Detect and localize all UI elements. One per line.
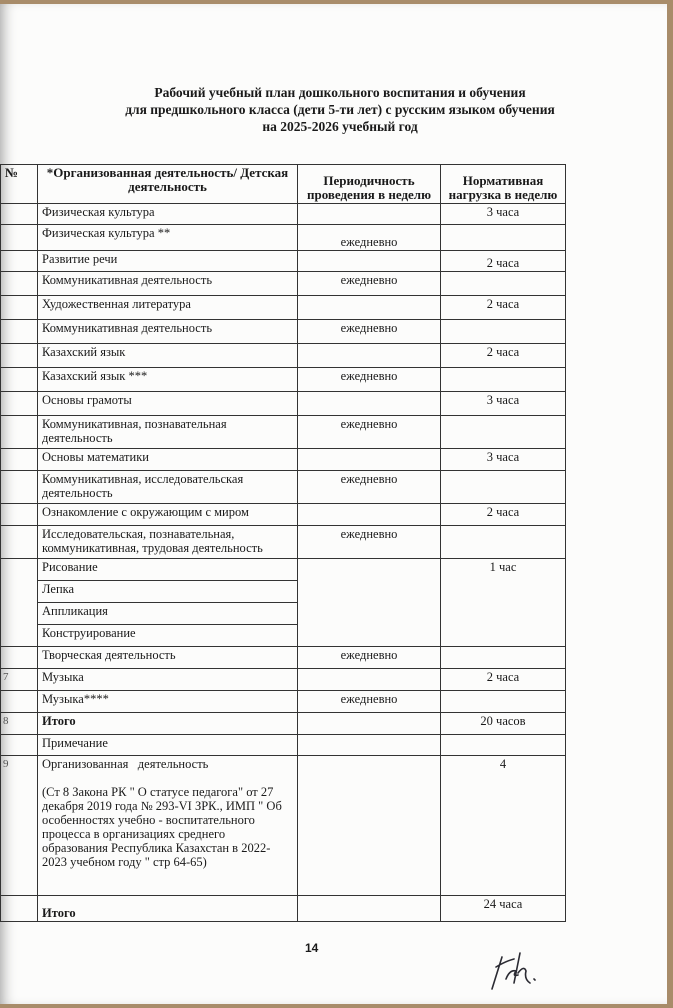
row-frequency [298, 344, 441, 368]
document-page: Рабочий учебный план дошкольного воспита… [0, 4, 667, 1004]
row-frequency: ежедневно [298, 368, 441, 392]
table-row: Развитие речи2 часа [1, 251, 566, 272]
table-row: Исследовательская, познавательная, комму… [1, 526, 566, 559]
row-activity: Основы грамоты [38, 392, 298, 416]
org-activity-row: 9 Организованная деятельность (Ст 8 Зако… [1, 756, 566, 896]
row-frequency: ежедневно [298, 691, 441, 713]
table-row: Казахский язык ***ежедневно [1, 368, 566, 392]
row-activity: Аппликация [38, 603, 298, 625]
row-num [1, 416, 38, 449]
row-frequency [298, 756, 441, 896]
table-row: Ознакомление с окружающим с миром2 часа [1, 504, 566, 526]
table-row: Казахский язык2 часа [1, 344, 566, 368]
row-num [1, 225, 38, 251]
table-row: Основы грамоты3 часа [1, 392, 566, 416]
row-load [441, 647, 566, 669]
row-activity: Основы математики [38, 449, 298, 471]
row-num [1, 559, 38, 647]
row-frequency: ежедневно [298, 471, 441, 504]
row-load: 2 часа [441, 251, 566, 272]
row-load [441, 526, 566, 559]
row-num [1, 471, 38, 504]
table-row: Коммуникативная деятельностьежедневно [1, 320, 566, 344]
row-num [1, 320, 38, 344]
table-row: Музыка****ежедневно [1, 691, 566, 713]
row-num: 8 [1, 713, 38, 735]
row-frequency: ежедневно [298, 647, 441, 669]
row-num [1, 204, 38, 225]
row-activity: Казахский язык *** [38, 368, 298, 392]
total-row-1: 8 Итого 20 часов [1, 713, 566, 735]
row-activity: Коммуникативная деятельность [38, 272, 298, 296]
table-row: Коммуникативная, познавательная деятельн… [1, 416, 566, 449]
row-num [1, 647, 38, 669]
row-activity: Конструирование [38, 625, 298, 647]
row-activity: Музыка [38, 669, 298, 691]
row-frequency [298, 392, 441, 416]
table-row: Физическая культура3 часа [1, 204, 566, 225]
row-load: 2 часа [441, 669, 566, 691]
row-num: 7 [1, 669, 38, 691]
row-activity: Коммуникативная деятельность [38, 320, 298, 344]
title-line-1: Рабочий учебный план дошкольного воспита… [60, 84, 620, 101]
row-num [1, 526, 38, 559]
row-frequency [298, 735, 441, 756]
row-activity: Коммуникативная, познавательная деятельн… [38, 416, 298, 449]
header-num: № [1, 165, 38, 204]
row-frequency: ежедневно [298, 225, 441, 251]
row-activity: Музыка**** [38, 691, 298, 713]
row-frequency [298, 669, 441, 691]
page-number: 14 [305, 941, 318, 955]
signature-icon [488, 949, 548, 994]
row-activity: Ознакомление с окружающим с миром [38, 504, 298, 526]
row-load: 3 часа [441, 392, 566, 416]
row-load: 3 часа [441, 449, 566, 471]
row-num [1, 251, 38, 272]
total-label: Итого [38, 713, 298, 735]
row-num [1, 691, 38, 713]
row-num [1, 272, 38, 296]
row-num [1, 504, 38, 526]
row-load [441, 272, 566, 296]
row-num [1, 896, 38, 922]
row-activity: Физическая культура ** [38, 225, 298, 251]
row-activity: Художественная литература [38, 296, 298, 320]
row-frequency [298, 713, 441, 735]
table-row: Творческая деятельностьежедневно [1, 647, 566, 669]
row-activity: Физическая культура [38, 204, 298, 225]
row-num [1, 368, 38, 392]
row-frequency [298, 296, 441, 320]
row-activity: Казахский язык [38, 344, 298, 368]
row-frequency [298, 559, 441, 647]
row-frequency [298, 251, 441, 272]
curriculum-table: № *Организованная деятельность/ Детская … [0, 164, 566, 922]
table-row-art: Рисование 1 час [1, 559, 566, 581]
row-frequency [298, 204, 441, 225]
row-activity: Творческая деятельность [38, 647, 298, 669]
row-activity: Исследовательская, познавательная, комму… [38, 526, 298, 559]
row-num [1, 392, 38, 416]
row-load: 2 часа [441, 344, 566, 368]
document-title: Рабочий учебный план дошкольного воспита… [60, 84, 620, 135]
row-load: 2 часа [441, 296, 566, 320]
org-activity-title: Организованная деятельность [42, 757, 293, 771]
table-row: Основы математики3 часа [1, 449, 566, 471]
total-load: 24 часа [441, 896, 566, 922]
row-load: 1 час [441, 559, 566, 647]
note-row: Примечание [1, 735, 566, 756]
row-num [1, 449, 38, 471]
org-activity-cell: Организованная деятельность (Ст 8 Закона… [38, 756, 298, 896]
table-header-row: № *Организованная деятельность/ Детская … [1, 165, 566, 204]
row-load: 2 часа [441, 504, 566, 526]
row-frequency [298, 896, 441, 922]
row-frequency: ежедневно [298, 416, 441, 449]
table-row: Художественная литература2 часа [1, 296, 566, 320]
header-load: Нормативная нагрузка в неделю [441, 165, 566, 204]
row-activity: Коммуникативная, исследовательская деяте… [38, 471, 298, 504]
row-num: 9 [1, 756, 38, 896]
row-frequency [298, 504, 441, 526]
row-load [441, 691, 566, 713]
row-load [441, 471, 566, 504]
total-row-2: Итого 24 часа [1, 896, 566, 922]
table-row: Коммуникативная, исследовательская деяте… [1, 471, 566, 504]
note-label: Примечание [38, 735, 298, 756]
row-activity: Рисование [38, 559, 298, 581]
row-load [441, 368, 566, 392]
row-load [441, 225, 566, 251]
row-num [1, 735, 38, 756]
title-line-2: для предшкольного класса (дети 5-ти лет)… [60, 101, 620, 118]
row-load [441, 320, 566, 344]
total-load: 20 часов [441, 713, 566, 735]
table-row: 7Музыка2 часа [1, 669, 566, 691]
row-frequency: ежедневно [298, 526, 441, 559]
row-activity: Лепка [38, 581, 298, 603]
org-activity-load: 4 [441, 756, 566, 896]
row-load [441, 735, 566, 756]
row-num [1, 296, 38, 320]
row-load [441, 416, 566, 449]
header-frequency: Периодичность проведения в неделю [298, 165, 441, 204]
total-label: Итого [38, 896, 298, 922]
row-load: 3 часа [441, 204, 566, 225]
row-frequency: ежедневно [298, 272, 441, 296]
row-frequency: ежедневно [298, 320, 441, 344]
table-row: Физическая культура **ежедневно [1, 225, 566, 251]
row-num [1, 344, 38, 368]
org-activity-reference: (Ст 8 Закона РК " О статусе педагога" от… [42, 785, 293, 869]
row-frequency [298, 449, 441, 471]
title-line-3: на 2025-2026 учебный год [60, 118, 620, 135]
row-activity: Развитие речи [38, 251, 298, 272]
header-activity: *Организованная деятельность/ Детская де… [38, 165, 298, 204]
table-row: Коммуникативная деятельностьежедневно [1, 272, 566, 296]
